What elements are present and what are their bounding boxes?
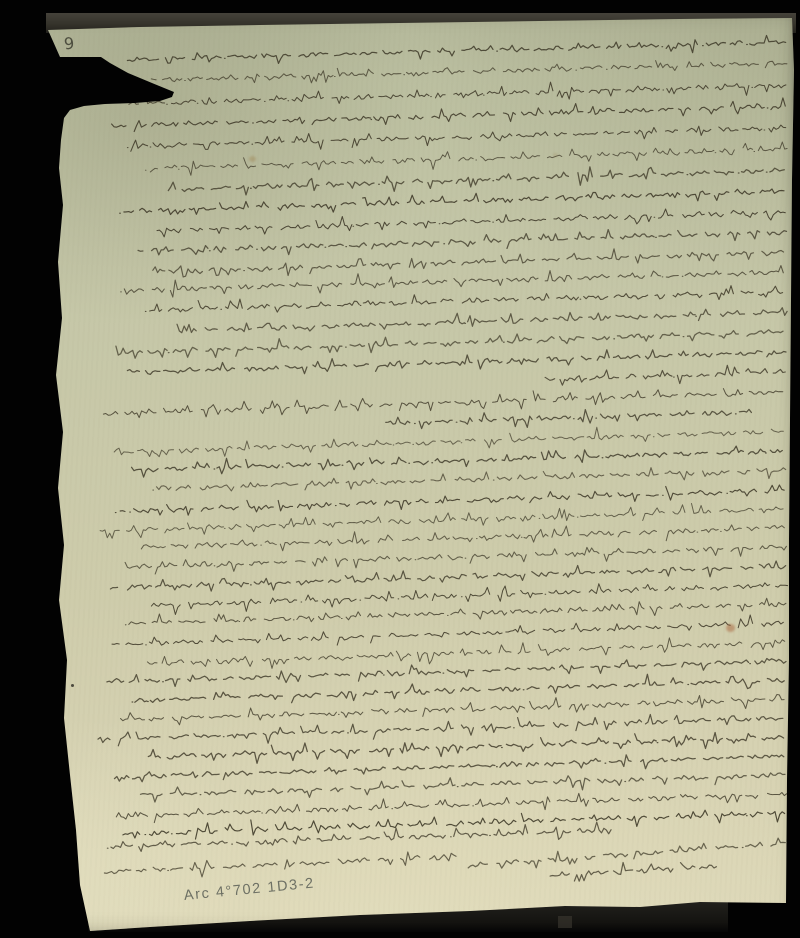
ink-speck — [50, 457, 52, 459]
manuscript-scan: 9 Arc 4°702 1D3-2 — [0, 0, 800, 938]
manuscript-page: 9 Arc 4°702 1D3-2 — [0, 0, 800, 938]
binding-tab — [558, 916, 572, 928]
ink-dash-mark — [52, 626, 60, 629]
paper-edge-shadow — [0, 0, 800, 938]
